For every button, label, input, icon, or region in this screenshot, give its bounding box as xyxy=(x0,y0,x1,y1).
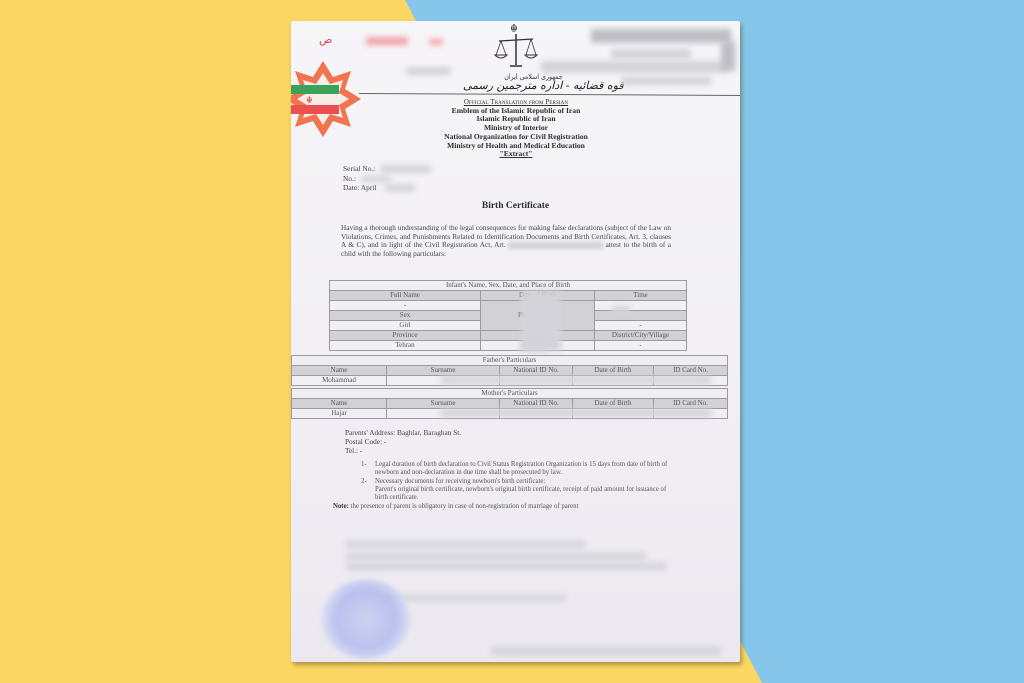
parents-address: Parents' Address: Baghlar, Baraghan St. xyxy=(345,428,461,437)
redacted-translator-text xyxy=(346,553,646,560)
redacted-translator-text xyxy=(346,563,666,570)
redacted-header-block xyxy=(541,61,726,73)
note-text: Necessary documents for receiving newbor… xyxy=(375,478,545,486)
birth-certificate-document: ص ☬ ☬ جمهوری اسلامی ایران قوه قضائیه - ا… xyxy=(291,21,740,662)
official-stamp-icon xyxy=(321,579,411,659)
redacted-signature-text xyxy=(491,647,721,655)
redacted-header-block xyxy=(611,49,691,59)
time-value xyxy=(595,301,687,311)
redacted-birth-details xyxy=(521,291,561,351)
redacted-father-details xyxy=(441,376,711,384)
note-text: Parent's original birth certificate, new… xyxy=(375,486,677,503)
time-header: Time xyxy=(595,291,687,301)
sex-header: Sex xyxy=(330,311,481,321)
redacted-article xyxy=(508,242,603,249)
infant-table: Infant's Name, Sex, Date, and Place of B… xyxy=(329,280,687,351)
father-dob-header: Date of Birth xyxy=(573,366,654,376)
father-name-value: Mohammad xyxy=(292,376,387,386)
note-number: 1- xyxy=(361,461,375,478)
father-id-card-header: ID Card No. xyxy=(654,366,728,376)
postal-code: Postal Code: - xyxy=(345,437,461,446)
redacted-header-block xyxy=(621,77,711,85)
redacted-date xyxy=(385,184,415,192)
note-text: Legal duration of birth declaration to C… xyxy=(375,461,677,478)
intro-paragraph: Having a thorough understanding of the l… xyxy=(341,224,671,258)
note-number: 2- xyxy=(361,478,375,486)
mother-dob-header: Date of Birth xyxy=(573,399,654,409)
scales-of-justice-icon: ☬ xyxy=(493,21,539,73)
place-value: - xyxy=(595,321,687,331)
father-name-header: Name xyxy=(292,366,387,376)
redacted-county xyxy=(521,343,546,351)
place-value-bar xyxy=(595,311,687,321)
extract-label: "Extract" xyxy=(391,150,641,159)
redacted-mother-details xyxy=(441,409,711,417)
redacted-serial xyxy=(381,165,431,173)
mother-surname-header: Surname xyxy=(387,399,500,409)
parents-address-block: Parents' Address: Baghlar, Baraghan St. … xyxy=(345,428,461,455)
iran-flag-emblem-icon: ☬ xyxy=(291,59,363,139)
red-handwritten-mark: ص xyxy=(319,33,332,46)
redacted-header-block xyxy=(721,41,735,71)
note-footer-text: the presence of parent is obligatory in … xyxy=(349,503,579,510)
redacted-red-number xyxy=(366,37,408,45)
document-header: Official Translation from Persian Emblem… xyxy=(391,98,641,159)
note-label: Note: xyxy=(333,503,349,510)
province-value: Tehran xyxy=(330,341,481,351)
mother-table-caption: Mother's Particulars xyxy=(292,389,728,399)
redacted-header-block xyxy=(591,29,731,43)
mother-name-header: Name xyxy=(292,399,387,409)
notes-block: 1- Legal duration of birth declaration t… xyxy=(347,461,677,512)
father-table-caption: Father's Particulars xyxy=(292,356,728,366)
serial-number-label: Serial No.: xyxy=(343,164,377,174)
svg-text:☬: ☬ xyxy=(306,96,312,106)
father-national-id-header: National ID No. xyxy=(500,366,573,376)
date-label: Date: April xyxy=(343,183,377,193)
redacted-number xyxy=(361,176,391,182)
mother-national-id-header: National ID No. xyxy=(500,399,573,409)
note-footer: Note: the presence of parent is obligato… xyxy=(333,503,677,511)
redacted-field xyxy=(406,67,451,75)
redacted-red-number xyxy=(429,39,443,45)
sex-value: Girl xyxy=(330,321,481,331)
telephone: Tel.: - xyxy=(345,446,461,455)
note-item: Parent's original birth certificate, new… xyxy=(375,486,677,503)
mother-name-value: Hajar xyxy=(292,409,387,419)
note-item: 1- Legal duration of birth declaration t… xyxy=(361,461,677,478)
redacted-time xyxy=(611,306,631,314)
full-name-header: Full Name xyxy=(330,291,481,301)
redacted-translator-text xyxy=(346,541,586,548)
header-divider xyxy=(359,93,740,96)
note-item: 2- Necessary documents for receiving new… xyxy=(361,478,677,486)
father-surname-header: Surname xyxy=(387,366,500,376)
district-value: - xyxy=(595,341,687,351)
province-header: Province xyxy=(330,331,481,341)
full-name-value: - xyxy=(330,301,481,311)
mother-id-card-header: ID Card No. xyxy=(654,399,728,409)
district-header: District/City/Village xyxy=(595,331,687,341)
infant-table-caption: Infant's Name, Sex, Date, and Place of B… xyxy=(330,281,687,291)
document-title: Birth Certificate xyxy=(291,201,740,211)
svg-text:☬: ☬ xyxy=(510,22,518,35)
persian-judiciary-line: قوه قضائیه - اداره مترجمین رسمی xyxy=(463,79,624,92)
